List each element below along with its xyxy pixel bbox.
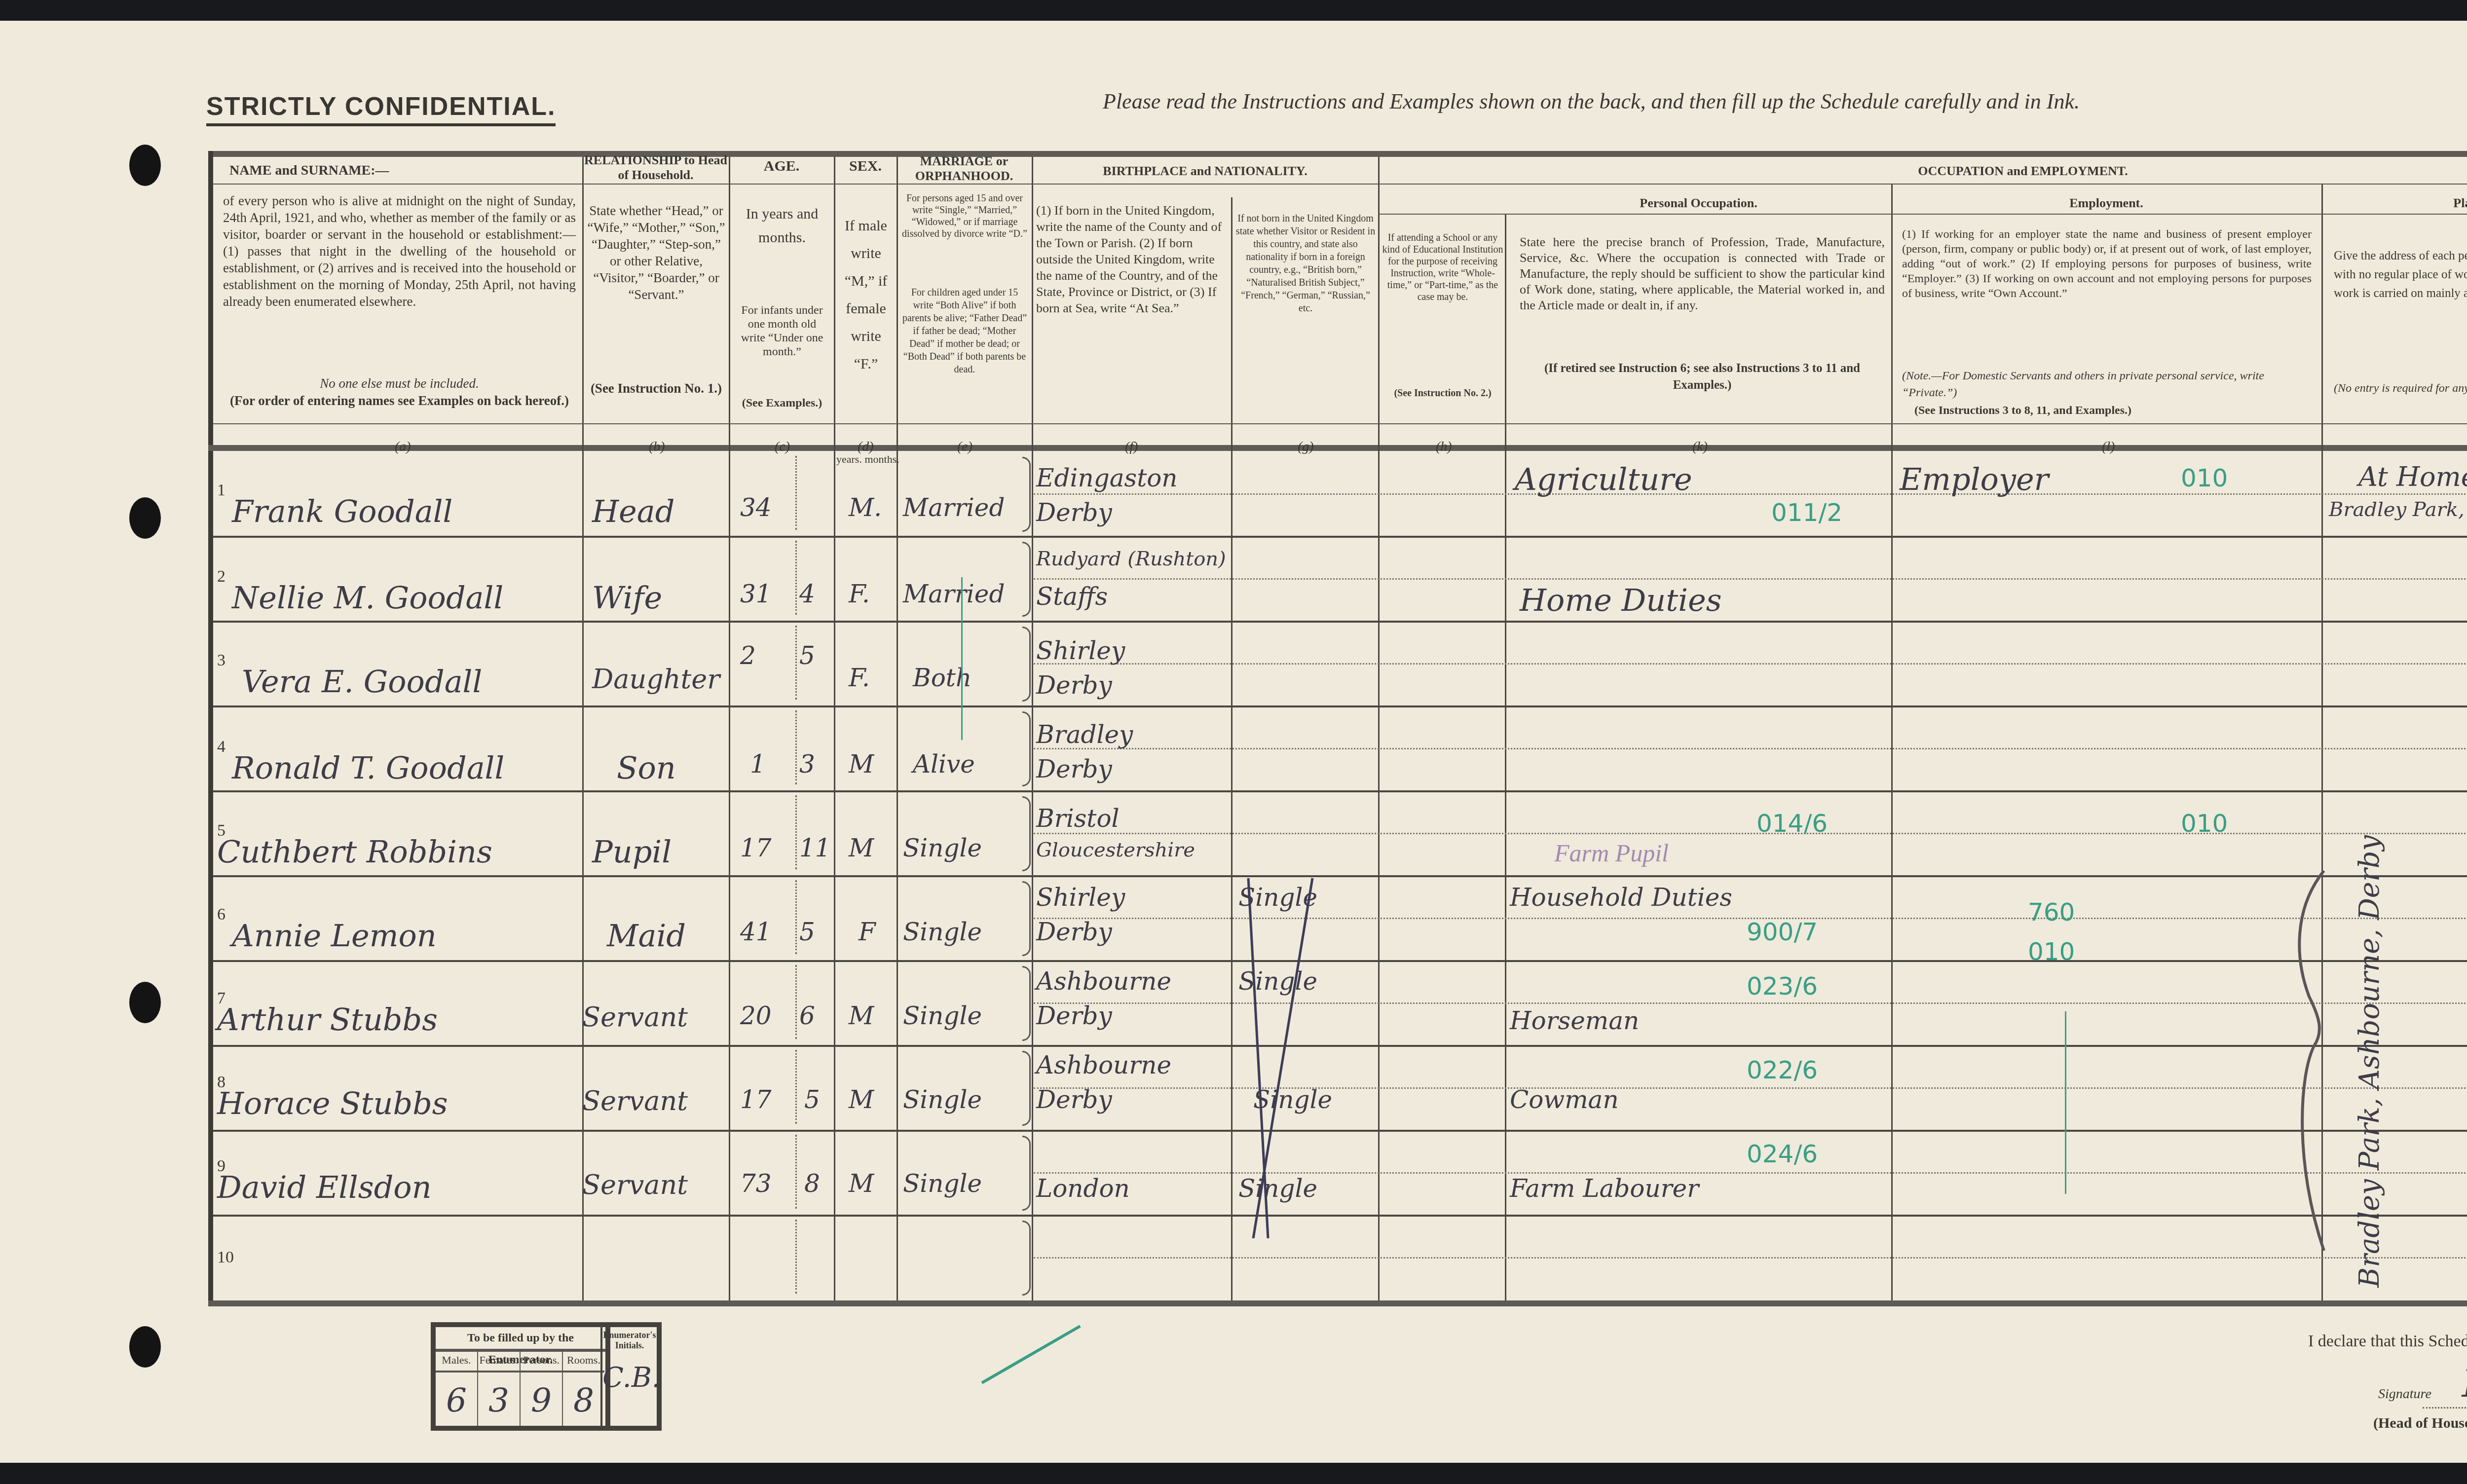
- person-name: Annie Lemon: [232, 918, 437, 954]
- col-occupation-title: OCCUPATION and EMPLOYMENT.: [1382, 163, 2467, 180]
- person-relationship: Servant: [582, 1085, 688, 1116]
- col-relationship-note: (See Instruction No. 1.): [587, 380, 725, 397]
- age-dot-divider: [795, 795, 797, 869]
- person-age-years: 41: [740, 918, 772, 946]
- birthplace-county: Derby: [1036, 1002, 1112, 1030]
- col-personal-occupation-title: Personal Occupation.: [1507, 195, 1890, 212]
- col-divider: [1891, 185, 1893, 1300]
- females-label: Females.: [478, 1354, 520, 1373]
- enumerator-box-title: To be filled up by the Enumerator.: [436, 1327, 605, 1352]
- birthplace-town: Bristol: [1036, 804, 1119, 833]
- col-name-body: of every person who is alive at midnight…: [223, 192, 576, 310]
- person-relationship: Son: [617, 750, 676, 786]
- col-letter-c: (c): [775, 439, 790, 455]
- col-sex-body: If male write “M,” if female write “F.”: [839, 212, 893, 378]
- marriage-brace: [1022, 1051, 1031, 1126]
- scan-border-top: [0, 0, 2467, 21]
- header-rule: [1378, 214, 2467, 215]
- age-sub-labels: years. months.: [836, 453, 899, 466]
- punch-hole-icon: [129, 497, 161, 539]
- females-cell: Females. 3: [478, 1352, 521, 1426]
- confidential-heading: STRICTLY CONFIDENTIAL.: [206, 92, 556, 126]
- signature-label: Signature: [2378, 1386, 2431, 1402]
- col-place-of-work-note: (No entry is required for any person who…: [2334, 380, 2467, 397]
- row-divider: [213, 705, 2467, 707]
- col-divider: [729, 157, 730, 1300]
- person-marriage: Alive: [913, 750, 975, 779]
- person-relationship: Maid: [607, 918, 686, 954]
- signature-line: [2423, 1407, 2467, 1409]
- col-divider: [897, 157, 898, 1300]
- col-letter-a: (a): [395, 439, 411, 455]
- age-dot-divider: [795, 1220, 797, 1294]
- person-age-months: 5: [799, 641, 815, 670]
- occupation-code: 011/2: [1771, 498, 1842, 527]
- males-value: 6: [436, 1381, 477, 1419]
- col-divider: [1378, 157, 1380, 1300]
- col-relationship-body: State whether “Head,” or “Wife,” “Mother…: [587, 202, 725, 303]
- row-subdivider: [1034, 833, 2467, 834]
- person-name: Ronald T. Goodall: [232, 750, 504, 786]
- row-subdivider: [1034, 493, 2467, 495]
- row-subdivider: [1034, 1257, 2467, 1259]
- birthplace-town: Edingaston: [1036, 464, 1178, 492]
- person-age-years: 73: [740, 1169, 772, 1198]
- punch-hole-icon: [129, 1326, 161, 1368]
- col-marriage-title: MARRIAGE or ORPHANHOOD.: [898, 154, 1030, 184]
- enumerator-totals-box: To be filled up by the Enumerator. Males…: [431, 1322, 610, 1431]
- males-label: Males.: [436, 1354, 477, 1373]
- col-place-of-work-title: Place of Work.: [2324, 195, 2467, 212]
- occupation-code: 022/6: [1747, 1056, 1818, 1084]
- person-sex: F.: [849, 580, 870, 608]
- person-marriage: Single: [903, 1085, 982, 1114]
- bracket-mark: [2289, 868, 2334, 1253]
- employment: Employer: [1900, 461, 2049, 497]
- person-sex: M: [849, 1169, 874, 1198]
- personal-occupation: Cowman: [1510, 1085, 1619, 1114]
- marriage-brace: [1022, 1221, 1031, 1296]
- birthplace-town: Shirley: [1036, 883, 1125, 912]
- persons-cell: Persons. 9: [521, 1352, 563, 1426]
- person-name: Nellie M. Goodall: [232, 580, 503, 616]
- place-of-work-detail: Bradley Park, Ashbourne, Derby: [2329, 498, 2467, 521]
- nationality-cross-out: [1238, 873, 1362, 1238]
- table-bottom-border: [208, 1300, 2467, 1306]
- col-employment-body: (1) If working for an employer state the…: [1902, 227, 2312, 301]
- person-name: Frank Goodall: [232, 493, 452, 529]
- green-tick-mark: [981, 1325, 1081, 1384]
- row-subdivider: [1034, 748, 2467, 749]
- marriage-brace: [1022, 457, 1031, 532]
- person-name: Arthur Stubbs: [217, 1002, 438, 1038]
- header-rule: [1032, 184, 1378, 185]
- person-age-years: 17: [740, 1085, 772, 1114]
- col-personal-occupation-body: State here the precise branch of Profess…: [1520, 234, 1885, 313]
- person-sex: M: [849, 834, 874, 862]
- person-marriage: Single: [903, 918, 982, 946]
- col-birthplace-title: BIRTHPLACE and NATIONALITY.: [1034, 163, 1377, 180]
- employment-code: 760: [2028, 898, 2075, 927]
- person-marriage: Married: [903, 493, 1005, 522]
- personal-occupation: Horseman: [1510, 1006, 1639, 1035]
- person-age-years: 17: [740, 834, 772, 862]
- marriage-brace: [1022, 1136, 1031, 1211]
- person-age-years: 2: [740, 641, 756, 670]
- col-name-title: NAME and SURNAME:—: [229, 163, 389, 179]
- personal-occupation: Household Duties: [1510, 883, 1732, 912]
- birthplace-town: Shirley: [1036, 636, 1125, 665]
- col-age-body: In years and months.: [735, 202, 829, 250]
- birthplace-county: Derby: [1036, 1085, 1112, 1114]
- marriage-brace: [1022, 711, 1031, 786]
- row-number: 1: [217, 481, 225, 500]
- row-number: 10: [217, 1248, 234, 1267]
- person-name: Cuthbert Robbins: [217, 834, 492, 870]
- person-age-months: 5: [804, 1085, 820, 1114]
- col-birthplace-g-body: If not born in the United Kingdom state …: [1234, 212, 1377, 315]
- age-dot-divider: [795, 965, 797, 1039]
- employment-code: 010: [2028, 937, 2075, 966]
- col-marriage-body: For persons aged 15 and over write “Sing…: [900, 192, 1029, 240]
- person-marriage: Both: [913, 664, 972, 692]
- header-bottom-border: [208, 445, 2467, 451]
- header-rule: [1378, 184, 2467, 185]
- females-value: 3: [478, 1381, 520, 1419]
- initials-value: C.B.: [602, 1362, 657, 1394]
- person-sex: M.: [849, 493, 882, 522]
- birthplace-county: Derby: [1036, 498, 1112, 527]
- rooms-cell: Rooms. 8: [563, 1352, 604, 1426]
- person-age-months: 5: [799, 918, 815, 946]
- birthplace-county: Gloucestershire: [1036, 839, 1195, 861]
- person-age-months: 4: [799, 580, 815, 608]
- row-divider: [213, 790, 2467, 792]
- birthplace-county: Derby: [1036, 671, 1112, 700]
- person-relationship: Pupil: [592, 834, 672, 870]
- col-letter-f: (f): [1125, 439, 1138, 455]
- birthplace-town: Ashbourne: [1036, 967, 1171, 996]
- occupation-code: 900/7: [1747, 918, 1818, 946]
- person-sex: M: [849, 750, 874, 779]
- col-employment-title: Employment.: [1894, 195, 2319, 212]
- row-number: 6: [217, 905, 225, 924]
- person-relationship: Wife: [592, 580, 662, 616]
- birthplace-county: Derby: [1036, 918, 1112, 946]
- row-subdivider: [1034, 578, 2467, 580]
- place-of-work-vertical: Bradley Park, Ashbourne, Derby: [2354, 835, 2386, 1288]
- green-check-line: [2065, 1011, 2066, 1194]
- col-education-body: If attending a School or any kind of Edu…: [1382, 232, 1504, 303]
- row-subdivider: [1034, 663, 2467, 665]
- persons-value: 9: [521, 1381, 562, 1419]
- col-sex-title: SEX.: [836, 158, 895, 175]
- person-name: David Ellsdon: [217, 1169, 432, 1205]
- person-marriage: Single: [903, 834, 982, 862]
- age-dot-divider: [795, 880, 797, 954]
- person-age-months: 3: [799, 750, 815, 779]
- person-age-years: 20: [740, 1002, 772, 1030]
- green-check-line: [961, 577, 963, 740]
- birthplace-county: Staffs: [1036, 582, 1108, 611]
- signature-value: Nellie May Goodall.: [2462, 1362, 2467, 1406]
- punch-hole-icon: [129, 145, 161, 186]
- birthplace-town: London: [1036, 1174, 1130, 1203]
- age-dot-divider: [795, 541, 797, 615]
- enumerator-initials-box: Enumerator's Initials. C.B.: [600, 1322, 662, 1431]
- marriage-brace: [1022, 881, 1031, 956]
- marriage-brace: [1022, 966, 1031, 1041]
- person-age-months: 6: [799, 1002, 815, 1030]
- birthplace-town: Bradley: [1036, 720, 1133, 749]
- col-name-note: No one else must be included.: [223, 375, 576, 392]
- col-name-order: (For order of entering names see Example…: [223, 392, 576, 409]
- person-age-months: 11: [799, 834, 831, 862]
- punch-hole-icon: [129, 982, 161, 1023]
- col-birthplace-f-body: (1) If born in the United Kingdom, write…: [1036, 202, 1229, 316]
- place-of-work: At Home: [2358, 461, 2467, 492]
- table-left-border: [208, 151, 213, 1305]
- col-letter-g: (g): [1298, 439, 1314, 455]
- person-marriage: Married: [903, 580, 1005, 608]
- col-divider: [834, 157, 835, 1300]
- col-divider: [1032, 157, 1033, 1300]
- personal-occupation: Farm Labourer: [1510, 1174, 1699, 1203]
- row-number: 2: [217, 567, 225, 586]
- table-top-border: [208, 151, 2467, 157]
- person-relationship: Head: [592, 493, 674, 529]
- census-schedule-page: STRICTLY CONFIDENTIAL. Please read the I…: [0, 0, 2467, 1475]
- header-rule: [213, 423, 2467, 424]
- col-relationship-title: RELATIONSHIP to Head of Household.: [584, 153, 727, 183]
- person-sex: M: [849, 1085, 874, 1114]
- occupation-code: 014/6: [1757, 809, 1828, 838]
- rooms-label: Rooms.: [563, 1354, 604, 1373]
- signature-note: (Head of Household, Manager of Establish…: [2373, 1415, 2467, 1432]
- col-age-note: (See Examples.): [735, 395, 829, 411]
- age-dot-divider: [795, 456, 797, 530]
- age-dot-divider: [795, 626, 797, 700]
- marriage-brace: [1022, 627, 1031, 702]
- person-age-months: 8: [804, 1169, 820, 1198]
- row-number: 3: [217, 651, 225, 670]
- males-cell: Males. 6: [436, 1352, 478, 1426]
- col-divider: [1505, 214, 1506, 1300]
- person-sex: F: [859, 918, 876, 946]
- personal-occupation: Agriculture: [1515, 461, 1692, 497]
- age-dot-divider: [795, 1135, 797, 1209]
- person-age-years: 31: [740, 580, 772, 608]
- birthplace-town: Rudyard (Rushton): [1036, 548, 1226, 570]
- person-sex: F.: [849, 664, 870, 692]
- declaration-text: I declare that this Schedule is correctl…: [2308, 1332, 2467, 1351]
- person-age-years: 1: [750, 750, 766, 779]
- person-age-years: 34: [740, 493, 772, 522]
- col-letter-e: (e): [957, 439, 972, 455]
- col-place-of-work-body: Give the address of each person's place …: [2334, 247, 2467, 303]
- col-employment-see: (See Instructions 3 to 8, 11, and Exampl…: [1914, 402, 2309, 419]
- personal-occupation: Home Duties: [1520, 582, 1721, 618]
- col-letter-k: (k): [1692, 439, 1708, 455]
- col-letter-h: (h): [1436, 439, 1452, 455]
- col-age-title: AGE.: [730, 158, 833, 175]
- occupation-code: 023/6: [1747, 972, 1818, 1001]
- marriage-brace: [1022, 796, 1031, 871]
- col-letter-b: (b): [649, 439, 665, 455]
- person-name: Vera E. Goodall: [242, 664, 482, 700]
- scan-border-bottom: [0, 1463, 2467, 1484]
- person-name: Horace Stubbs: [217, 1085, 448, 1121]
- birthplace-town: Ashbourne: [1036, 1051, 1171, 1079]
- instructions-line: Please read the Instructions and Example…: [1103, 89, 2080, 114]
- occupation-code: 024/6: [1747, 1140, 1818, 1168]
- person-sex: M: [849, 1002, 874, 1030]
- person-marriage: Single: [903, 1169, 982, 1198]
- age-dot-divider: [795, 710, 797, 784]
- initials-label: Enumerator's Initials.: [602, 1330, 657, 1351]
- col-letter-l: (l): [2102, 439, 2115, 455]
- row-number: 4: [217, 738, 225, 756]
- person-marriage: Single: [903, 1002, 982, 1030]
- col-employment-note: (Note.—For Domestic Servants and others …: [1902, 368, 2312, 401]
- personal-occupation: Farm Pupil: [1554, 839, 1669, 867]
- col-education-note: (See Instruction No. 2.): [1382, 385, 1504, 402]
- rooms-value: 8: [563, 1381, 604, 1419]
- person-relationship: Servant: [582, 1169, 688, 1200]
- col-marriage-children: For children aged under 15 write “Both A…: [900, 286, 1029, 376]
- employment-code: 010: [2181, 464, 2228, 492]
- header-rule: [213, 184, 1032, 185]
- col-age-infants: For infants under one month old write “U…: [735, 303, 829, 359]
- birthplace-county: Derby: [1036, 755, 1112, 783]
- col-personal-occupation-note: (If retired see Instruction 6; see also …: [1520, 360, 1885, 394]
- person-relationship: Daughter: [592, 664, 720, 695]
- row-divider: [213, 621, 2467, 623]
- marriage-brace: [1022, 542, 1031, 617]
- col-divider: [582, 157, 584, 1300]
- person-relationship: Servant: [582, 1002, 688, 1033]
- age-dot-divider: [795, 1050, 797, 1124]
- employment-code: 010: [2181, 809, 2228, 838]
- persons-label: Persons.: [521, 1354, 562, 1373]
- row-divider: [213, 536, 2467, 538]
